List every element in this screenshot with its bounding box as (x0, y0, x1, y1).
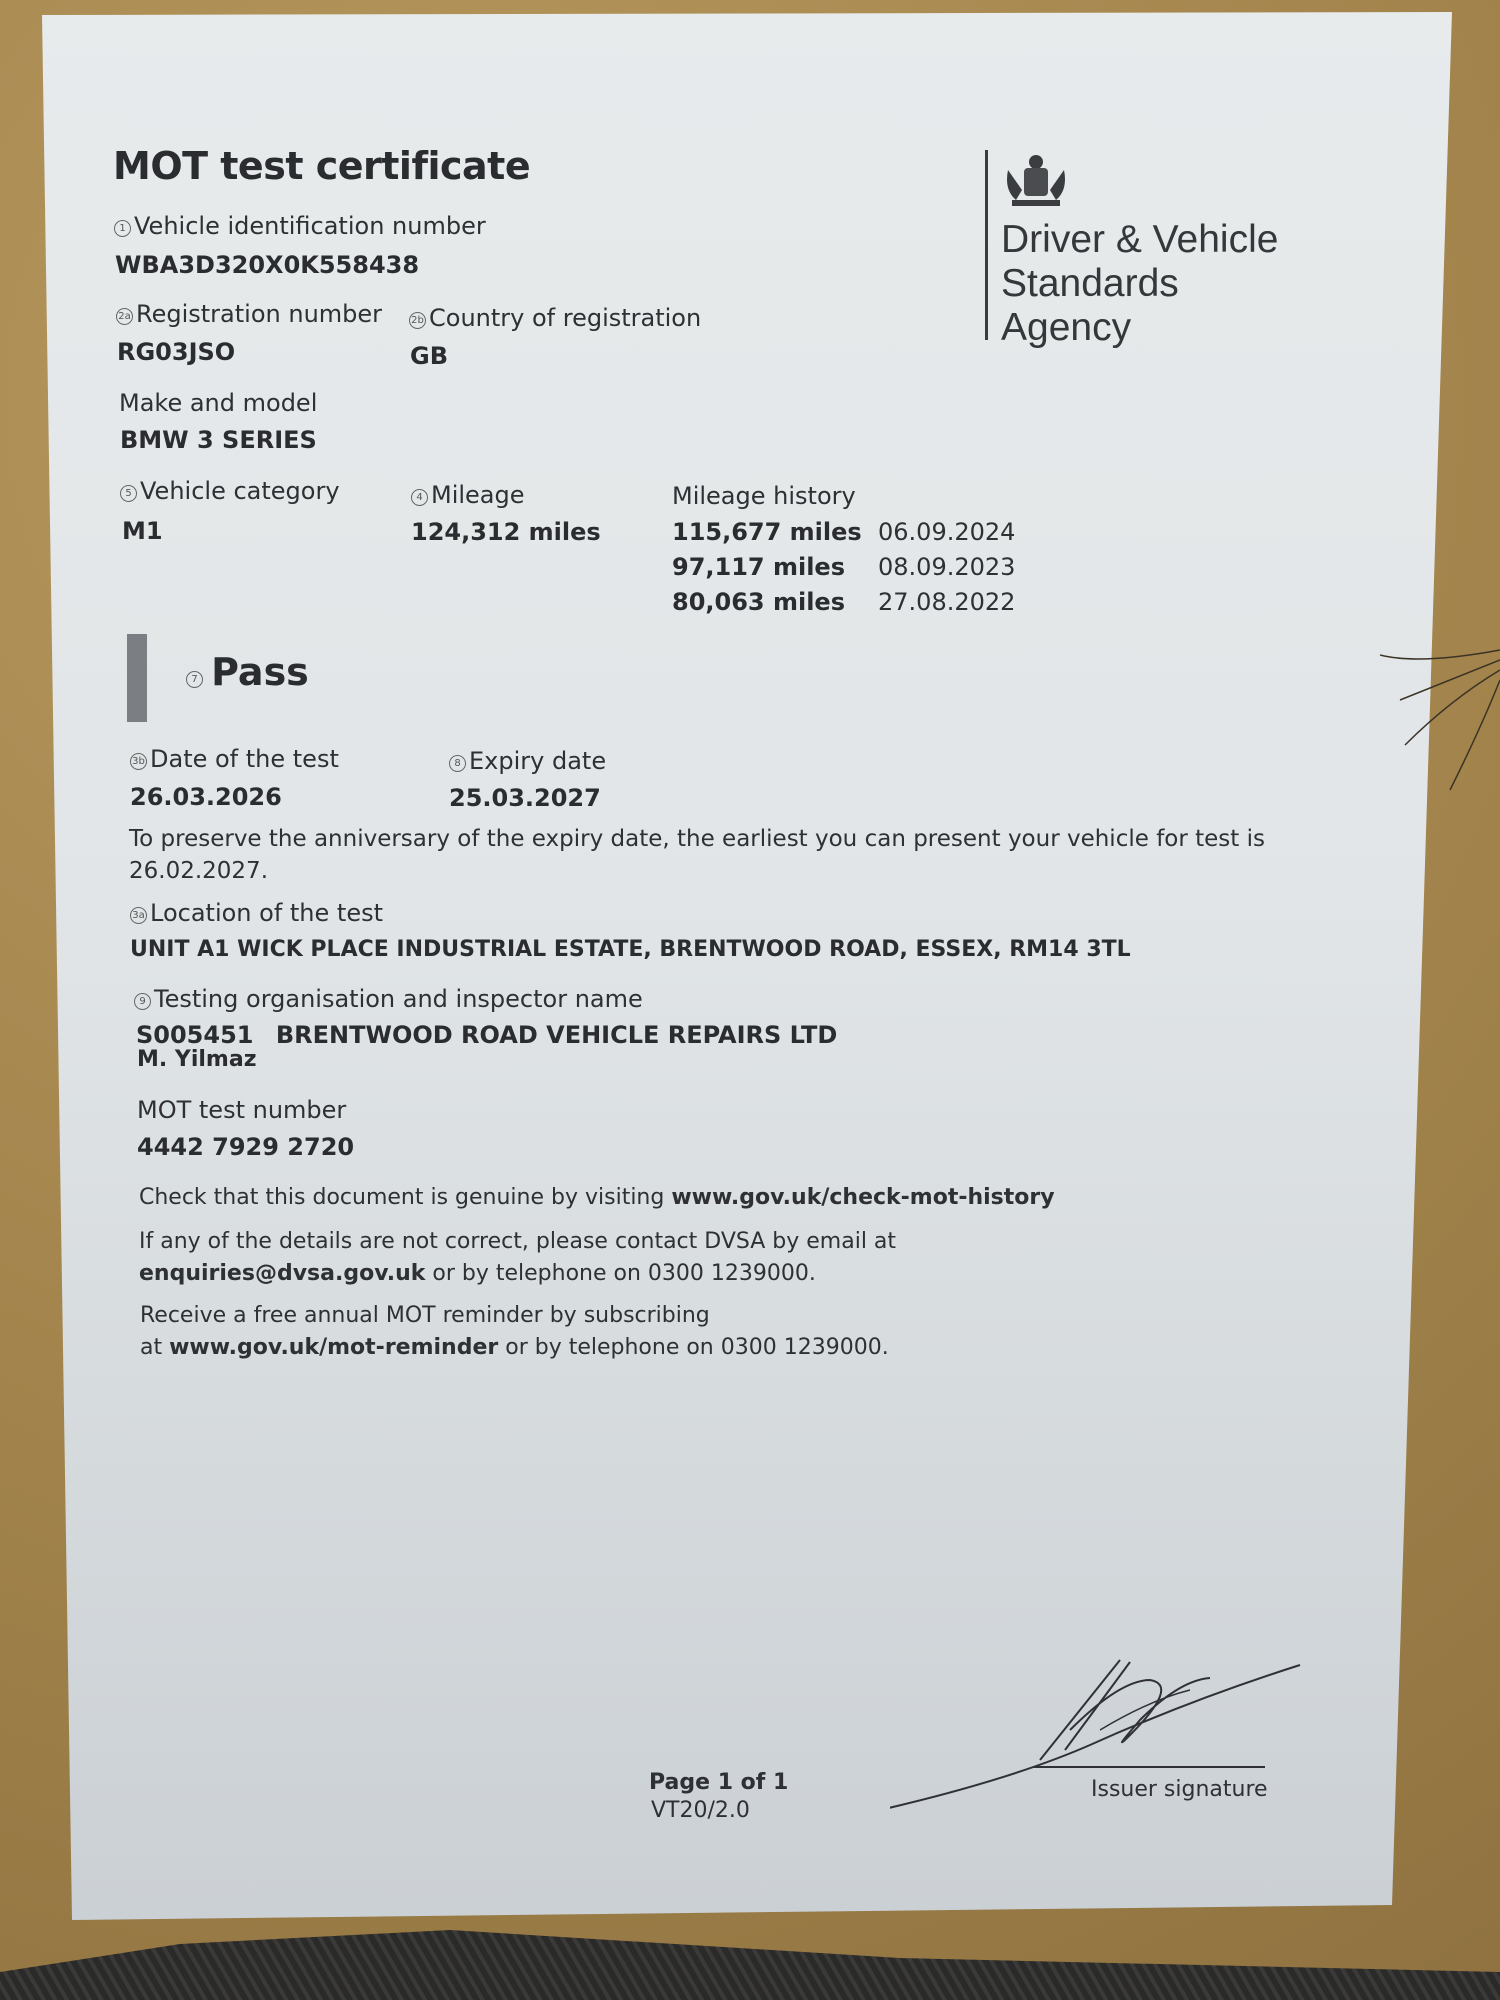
location-value: UNIT A1 WICK PLACE INDUSTRIAL ESTATE, BR… (130, 937, 1131, 962)
field-number-marker: 4 (411, 489, 428, 506)
result-indicator-bar (127, 634, 147, 722)
testing-org-label: 9Testing organisation and inspector name (134, 985, 643, 1013)
reminder-note-line1: Receive a free annual MOT reminder by su… (140, 1303, 710, 1328)
country-label: 2bCountry of registration (409, 304, 701, 332)
vin-value: WBA3D320X0K558438 (115, 251, 419, 279)
field-number-marker: 7 (186, 671, 203, 688)
mot-reminder-link[interactable]: www.gov.uk/mot-reminder (169, 1335, 498, 1360)
testing-org-value: S005451 BRENTWOOD ROAD VEHICLE REPAIRS L… (136, 1021, 837, 1049)
page-indicator: Page 1 of 1 (649, 1770, 788, 1795)
field-number-marker: 8 (449, 755, 466, 772)
test-result: 7 Pass (186, 650, 309, 694)
expiry-date-value: 25.03.2027 (449, 784, 601, 812)
check-mot-history-link[interactable]: www.gov.uk/check-mot-history (671, 1185, 1054, 1210)
mileage-value: 124,312 miles (411, 518, 601, 546)
mileage-label: 4Mileage (411, 481, 525, 509)
reminder-note-line2: at www.gov.uk/mot-reminder or by telepho… (140, 1335, 889, 1360)
issuer-signature-scribble (890, 1640, 1310, 1840)
expiry-date-label: 8Expiry date (449, 747, 606, 775)
field-number-marker: 1 (114, 220, 131, 237)
verify-note: Check that this document is genuine by v… (139, 1185, 1055, 1210)
contact-note-line1: If any of the details are not correct, p… (139, 1229, 896, 1254)
country-value: GB (410, 342, 448, 370)
field-number-marker: 3b (130, 753, 147, 770)
agency-name-line3: Agency (1001, 306, 1131, 350)
field-number-marker: 2a (116, 308, 133, 325)
mileage-history-date: 06.09.2024 (878, 518, 1015, 546)
field-number-marker: 5 (120, 485, 137, 502)
test-date-label: 3bDate of the test (130, 745, 339, 773)
location-label: 3aLocation of the test (130, 899, 383, 927)
site-number: S005451 (136, 1021, 253, 1049)
logo-divider (985, 150, 988, 340)
signature-line (1033, 1766, 1265, 1768)
registration-value: RG03JSO (117, 338, 235, 366)
category-label: 5Vehicle category (120, 477, 340, 505)
agency-name-line1: Driver & Vehicle (1001, 218, 1278, 262)
test-date-value: 26.03.2026 (130, 783, 282, 811)
make-model-value: BMW 3 SERIES (120, 426, 317, 454)
mileage-history-date: 08.09.2023 (878, 553, 1015, 581)
contact-note-line2: enquiries@dvsa.gov.uk or by telephone on… (139, 1261, 816, 1286)
make-model-label: Make and model (119, 389, 317, 417)
form-code: VT20/2.0 (651, 1798, 750, 1823)
document-title: MOT test certificate (113, 144, 530, 188)
field-number-marker: 2b (409, 312, 426, 329)
certificate-content: MOT test certificate Driver & Vehicle St… (0, 0, 1500, 2000)
field-number-marker: 3a (130, 907, 147, 924)
mileage-history-label: Mileage history (672, 482, 856, 510)
test-number-value: 4442 7929 2720 (137, 1133, 354, 1161)
test-number-label: MOT test number (137, 1096, 346, 1124)
testing-org-name: BRENTWOOD ROAD VEHICLE REPAIRS LTD (276, 1021, 837, 1049)
inspector-name: M. Yilmaz (137, 1047, 257, 1072)
dvsa-email-link[interactable]: enquiries@dvsa.gov.uk (139, 1261, 425, 1286)
anniversary-note-line2: 26.02.2027. (129, 858, 268, 884)
mileage-history-miles: 97,117 miles (672, 553, 845, 581)
registration-label: 2aRegistration number (116, 300, 382, 328)
mileage-history-date: 27.08.2022 (878, 588, 1015, 616)
result-value: Pass (211, 650, 309, 694)
field-number-marker: 9 (134, 993, 151, 1010)
signature-label: Issuer signature (1091, 1777, 1268, 1802)
agency-name-line2: Standards (1001, 262, 1179, 306)
mileage-history-miles: 80,063 miles (672, 588, 845, 616)
anniversary-note-line1: To preserve the anniversary of the expir… (129, 826, 1265, 852)
vin-label: 1Vehicle identification number (114, 212, 486, 240)
category-value: M1 (122, 517, 163, 545)
mileage-history-miles: 115,677 miles (672, 518, 862, 546)
royal-coat-of-arms-icon (1002, 150, 1070, 210)
